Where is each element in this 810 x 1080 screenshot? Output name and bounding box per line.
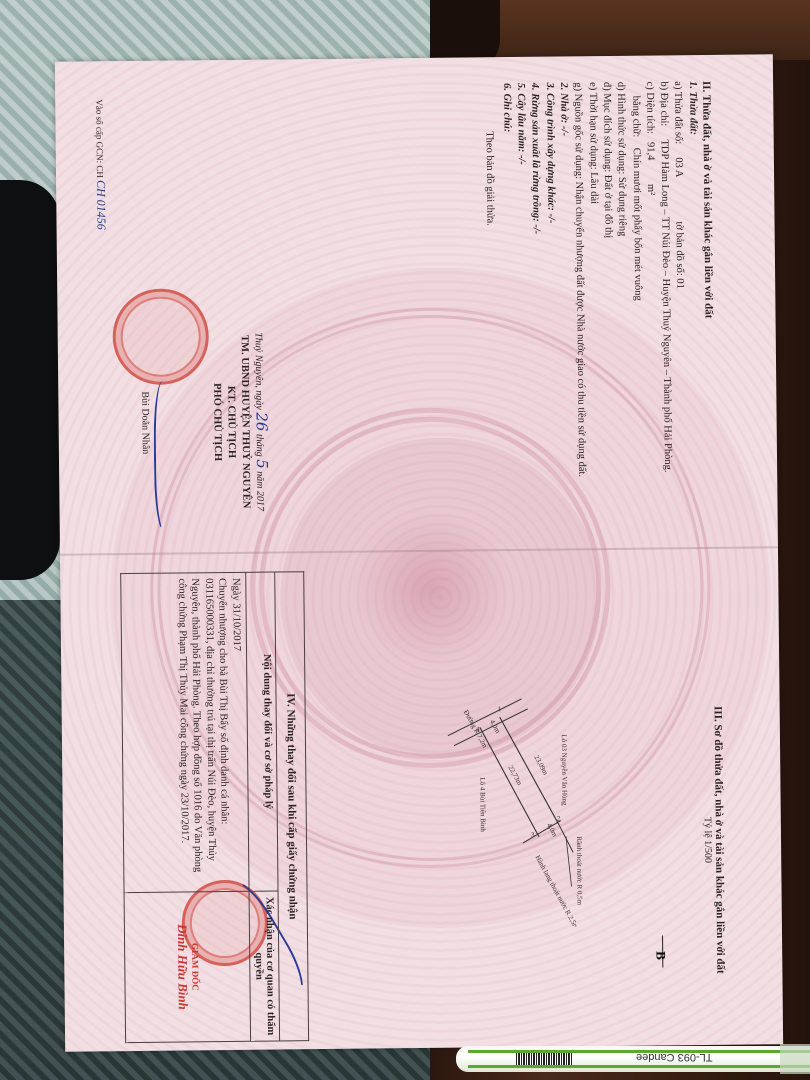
changes-table: IV. Những thay đổi sau khi cấp giấy chứn… [120, 571, 309, 1043]
pen-stripe [468, 1065, 810, 1068]
road-label: Đường R 7,2m [462, 709, 489, 750]
point-3: 3 [531, 831, 535, 839]
parcel-plan-drawing: 1 2 3 4 Đường R 7,2m 4,0m 23,09m 22,73m … [442, 695, 704, 928]
change-description: Chuyển nhượng cho bà Bùi Thị Bẩy số định… [175, 578, 232, 886]
address-label: b) Địa chỉ: [658, 81, 669, 126]
point-1: 1 [498, 705, 502, 713]
issue-date: Thuỷ Nguyên, ngày 26 tháng 5 năm 2017 [250, 272, 270, 572]
area-words: Chín mươi mốt phẩy bốn mét vuông [630, 148, 643, 301]
place-date-label: Thuỷ Nguyên, ngày [253, 332, 265, 410]
registry-handwritten-number: CH 01456 [94, 180, 109, 230]
registry-label: Vào sổ cấp GCN: CH [94, 99, 105, 178]
signer-name: Bùi Doãn Nhân [136, 273, 153, 573]
neighbor-top: Lô 03 Nguyễn Văn Hùng [560, 734, 569, 806]
director-name: Đinh Hữu Bình [174, 897, 191, 1036]
address-value: TDP Hàm Long – TT Núi Đèo – Huyện Thuỷ N… [659, 139, 673, 472]
authority-confirmation: GIÁM ĐỐC Đinh Hữu Bình [124, 891, 251, 1042]
point-2: 2 [557, 815, 561, 823]
area-words-label: bằng chữ: [630, 96, 641, 138]
issue-month: 5 [253, 459, 271, 469]
registry-number: Vào sổ cấp GCN: CH CH 01456 [92, 99, 109, 299]
pen-brand: TL-093 Candee [636, 1051, 712, 1063]
section-iii-title-block: III. Sơ đồ thửa đất, nhà ở và tài sản kh… [700, 645, 727, 1035]
pen-cap [780, 1044, 810, 1074]
edge-bottom: 4,0m [545, 822, 559, 839]
col-authority-confirmation: Xác nhận của cơ quan có thẩm quyền [249, 891, 280, 1041]
ballpoint-pen: TL-093 Candee [456, 1046, 810, 1072]
drain-corridor: Hành lang thoát nước R 2,5m [533, 854, 580, 928]
table-row: Ngày 31/10/2017 Chuyển nhượng cho bà Bùi… [121, 572, 251, 1042]
col-change-content: Nội dung thay đổi và cơ sở pháp lý [246, 572, 278, 891]
drain-ditch: Rãnh thoát nước R 0,5m [575, 836, 584, 905]
area-value: 91,4 [645, 142, 656, 160]
area-label: c) Diện tích: [644, 82, 656, 135]
director-title: GIÁM ĐỐC [190, 897, 201, 1036]
issue-day: 26 [253, 412, 271, 431]
north-arrow-icon: B [653, 951, 669, 960]
issue-year: năm 2017 [254, 471, 265, 511]
neighbor-bottom: Lô 4 Bùi Tiến Bình [478, 777, 487, 832]
change-entry: Ngày 31/10/2017 Chuyển nhượng cho bà Bùi… [121, 572, 249, 892]
section-ii-land-info: II. Thửa đất, nhà ở và tài sản khác gắn … [480, 81, 718, 553]
section-iv-changes: IV. Những thay đổi sau khi cấp giấy chứn… [104, 571, 309, 1043]
area-unit: m² [645, 184, 656, 195]
edge-top: 4,0m [488, 718, 502, 735]
land-certificate-page: II. Thửa đất, nhà ở và tài sản khác gắn … [55, 54, 783, 1051]
parcel-number: 03 A [673, 157, 684, 177]
pen-barcode [516, 1053, 572, 1065]
parcel-plan: 1 2 3 4 Đường R 7,2m 4,0m 23,09m 22,73m … [442, 695, 704, 928]
issuer-signature-block: Thuỷ Nguyên, ngày 26 tháng 5 năm 2017 TM… [136, 272, 270, 573]
section-iv-title: IV. Những thay đổi sau khi cấp giấy chứn… [275, 572, 309, 1041]
edge-3-4: 22,73m [506, 764, 523, 787]
map-sheet: tờ bản đồ số: 01 [674, 221, 686, 289]
parcel-label: a) Thửa đất số: [672, 81, 684, 144]
dark-object [0, 180, 60, 580]
edge-1-2: 23,09m [532, 754, 549, 777]
month-label: tháng [254, 434, 265, 457]
